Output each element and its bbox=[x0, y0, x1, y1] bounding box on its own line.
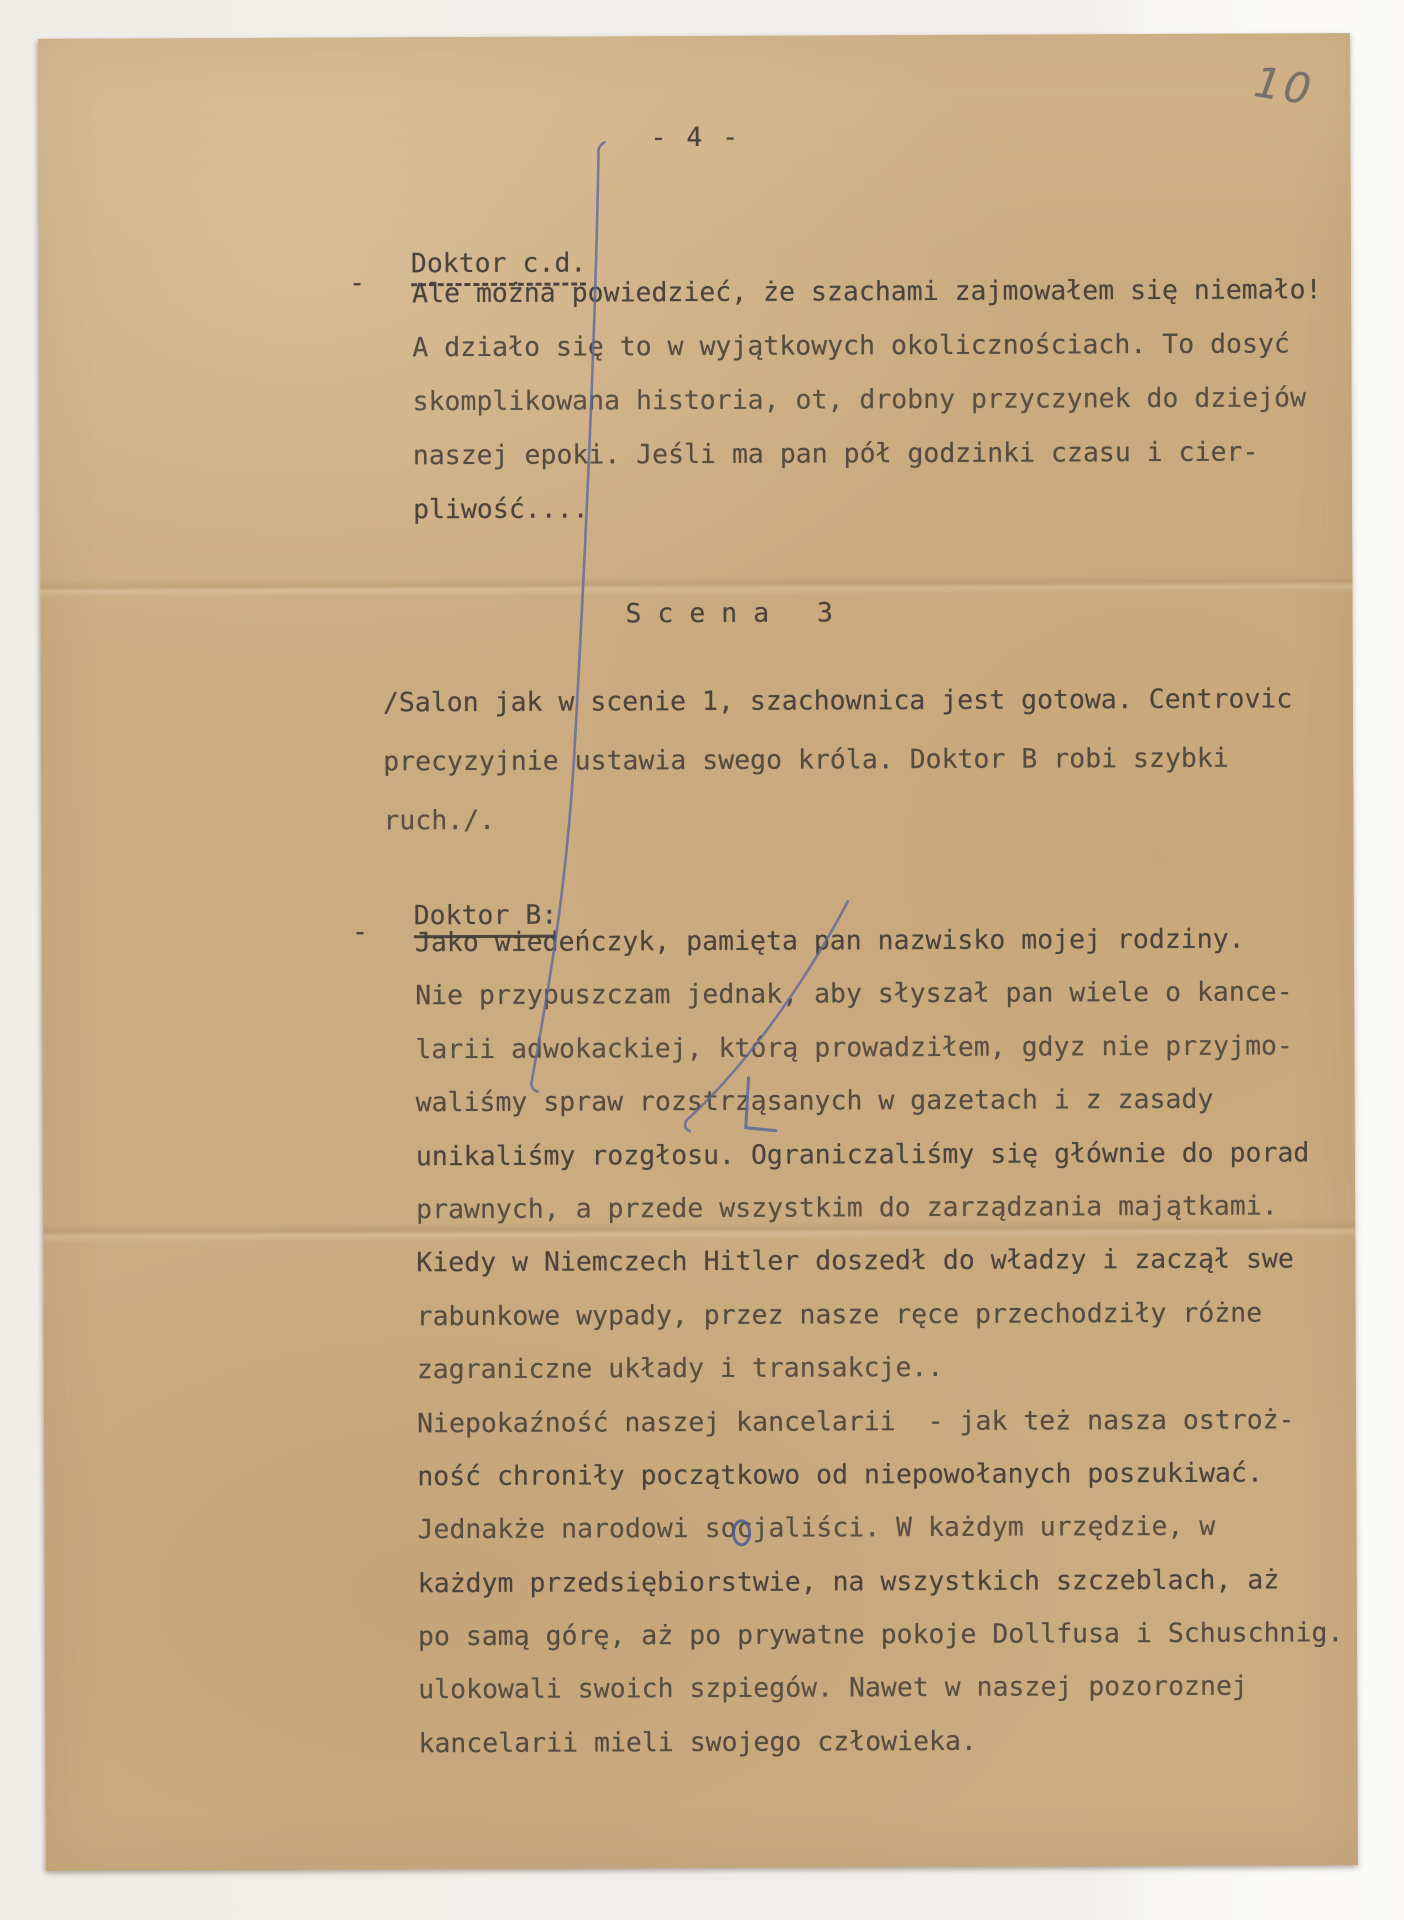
typed-line: larii adwokackiej, którą prowadziłem, gd… bbox=[415, 1019, 1341, 1076]
typed-line: Kiedy w Niemczech Hitler doszedł do wład… bbox=[416, 1233, 1342, 1290]
paper-sheet: - 4 - 10 Doktor c.d. - Ale można powiedz… bbox=[38, 33, 1358, 1871]
dialogue-dash: - bbox=[349, 267, 365, 298]
typed-line: po samą górę, aż po prywatne pokoje Doll… bbox=[418, 1606, 1344, 1663]
typed-line: rabunkowe wypady, przez nasze ręce przec… bbox=[416, 1286, 1342, 1343]
typed-line: ulokowali swoich szpiegów. Nawet w nasze… bbox=[418, 1660, 1344, 1717]
typed-line: waliśmy spraw rozstrząsanych w gazetach … bbox=[416, 1072, 1342, 1129]
handwritten-page-number: 10 bbox=[1251, 57, 1317, 114]
typed-line: unikaliśmy rozgłosu. Ograniczaliśmy się … bbox=[416, 1126, 1342, 1183]
typed-line: /Salon jak w scenie 1, szachownica jest … bbox=[383, 669, 1293, 732]
typed-line: prawnych, a przede wszystkim do zarządza… bbox=[416, 1179, 1342, 1236]
typed-line: kancelarii mieli swojego człowieka. bbox=[418, 1713, 1344, 1770]
typed-line: zagraniczne układy i transakcje.. bbox=[417, 1339, 1343, 1396]
paper-crease bbox=[40, 574, 1352, 598]
typed-line: A działo się to w wyjątkowych okolicznoś… bbox=[412, 317, 1322, 375]
typed-line: Jako wiedeńczyk, pamięta pan nazwisko mo… bbox=[415, 912, 1341, 969]
typed-line: Niepokaźność naszej kancelarii - jak też… bbox=[417, 1393, 1343, 1450]
typed-line: naszej epoki. Jeśli ma pan pół godzinki … bbox=[413, 425, 1323, 483]
stage-direction-block: /Salon jak w scenie 1, szachownica jest … bbox=[383, 669, 1293, 850]
typed-page-number: - 4 - bbox=[650, 122, 740, 153]
typed-line: Jednakże narodowi socjaliści. W każdym u… bbox=[417, 1499, 1343, 1556]
typed-line: precyzyjnie ustawia swego króla. Doktor … bbox=[383, 728, 1293, 791]
scene-heading: S c e n a 3 bbox=[625, 597, 833, 629]
typed-line: ność chroniły początkowo od niepowołanyc… bbox=[417, 1446, 1343, 1503]
dialogue-block-doktor-b: Jako wiedeńczyk, pamięta pan nazwisko mo… bbox=[415, 912, 1344, 1770]
typed-line: skomplikowana historia, ot, drobny przyc… bbox=[412, 371, 1322, 429]
typed-line: Nie przypuszczam jednak, aby słyszał pan… bbox=[415, 966, 1341, 1023]
typed-line: pliwość.... bbox=[413, 479, 1323, 537]
typed-line: każdym przedsiębiorstwie, na wszystkich … bbox=[418, 1553, 1344, 1610]
dialogue-dash: - bbox=[352, 916, 368, 947]
typed-line: Ale można powiedzieć, że szachami zajmow… bbox=[412, 263, 1322, 321]
typed-line: ruch./. bbox=[383, 787, 1293, 850]
dialogue-block-doktor-cd: Ale można powiedzieć, że szachami zajmow… bbox=[412, 263, 1323, 537]
